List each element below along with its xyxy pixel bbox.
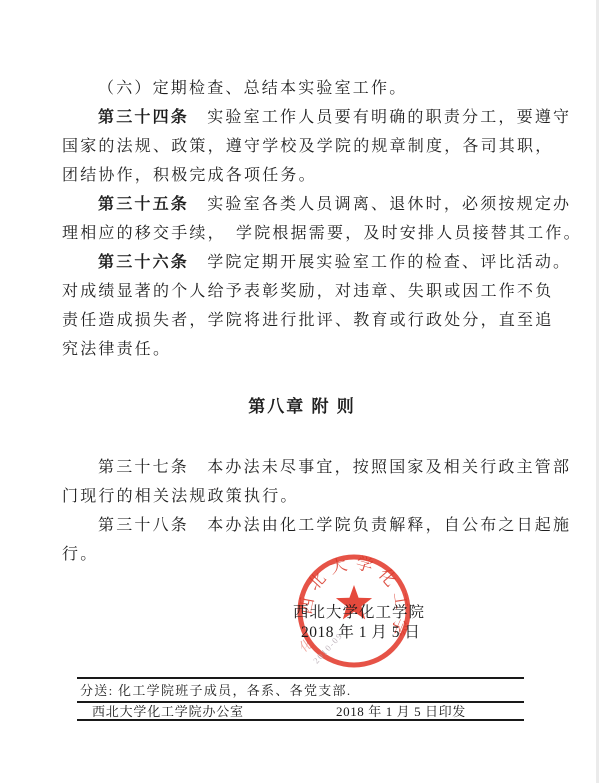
paragraph-line: 门现行的相关法规政策执行。: [62, 482, 542, 511]
issuing-office: 西北大学化工学院办公室: [92, 704, 244, 719]
paragraph-line: 理相应的移交手续， 学院根据需要，及时安排人员接替其工作。: [62, 219, 542, 248]
paragraph-line: 责任造成损失者，学院将进行批评、教育或行政处分，直至追: [62, 306, 542, 335]
article-number: 第三十六条: [98, 254, 189, 271]
paragraph-line: 团结协作，积极完成各项任务。: [62, 161, 542, 190]
signature-org: 西北大学化工学院: [293, 603, 425, 623]
document-page: （六）定期检查、总结本实验室工作。第三十四条 实验室工作人员要有明确的职责分工，…: [0, 0, 599, 783]
paragraph-line: 第三十五条 实验室各类人员调离、退休时，必须按规定办: [62, 190, 542, 219]
divider-line-middle: [77, 701, 524, 703]
paragraph-line: 第三十八条 本办法由化工学院负责解释，自公布之日起施: [62, 511, 542, 540]
distribution-note: 分送: 化工学院班子成员，各系、各党支部.: [80, 681, 351, 701]
divider-line-bottom: [77, 719, 524, 721]
signature-block: 西北大学化工学院 2018 年 1 月 5 日: [293, 603, 425, 643]
paragraph: 第三十五条 实验室各类人员调离、退休时，必须按规定办理相应的移交手续， 学院根据…: [62, 190, 542, 248]
paragraph: 第三十四条 实验室工作人员要有明确的职责分工，要遵守国家的法规、政策，遵守学校及…: [62, 103, 542, 190]
paragraph: 第三十六条 学院定期开展实验室工作的检查、评比活动。对成绩显著的个人给予表彰奖励…: [62, 248, 542, 364]
paragraph: （六）定期检查、总结本实验室工作。: [62, 74, 542, 103]
signature-date: 2018 年 1 月 5 日: [301, 623, 425, 643]
paragraph-line: 国家的法规、政策，遵守学校及学院的规章制度，各司其职，: [62, 132, 542, 161]
paragraph-line: 对成绩显著的个人给予表彰奖励，对违章、失职或因工作不负: [62, 277, 542, 306]
paragraph-line: 第三十七条 本办法未尽事宜，按照国家及相关行政主管部: [62, 453, 542, 482]
article-number: 第三十五条: [98, 196, 189, 213]
paragraph: 第三十八条 本办法由化工学院负责解释，自公布之日起施行。: [62, 511, 542, 569]
chapter-heading: 第八章 附 则: [62, 392, 542, 421]
document-body: （六）定期检查、总结本实验室工作。第三十四条 实验室工作人员要有明确的职责分工，…: [62, 74, 542, 569]
article-number: 第三十四条: [98, 109, 189, 126]
paragraph: 第三十七条 本办法未尽事宜，按照国家及相关行政主管部门现行的相关法规政策执行。: [62, 453, 542, 511]
paragraph-line: 行。: [62, 540, 542, 569]
print-date: 2018 年 1 月 5 日印发: [336, 704, 466, 719]
paragraph-line: 究法律责任。: [62, 335, 542, 364]
paragraph-line: （六）定期检查、总结本实验室工作。: [62, 74, 542, 103]
divider-line-top: [77, 677, 524, 679]
paragraph-line: 第三十四条 实验室工作人员要有明确的职责分工，要遵守: [62, 103, 542, 132]
paragraph-line: 第三十六条 学院定期开展实验室工作的检查、评比活动。: [62, 248, 542, 277]
